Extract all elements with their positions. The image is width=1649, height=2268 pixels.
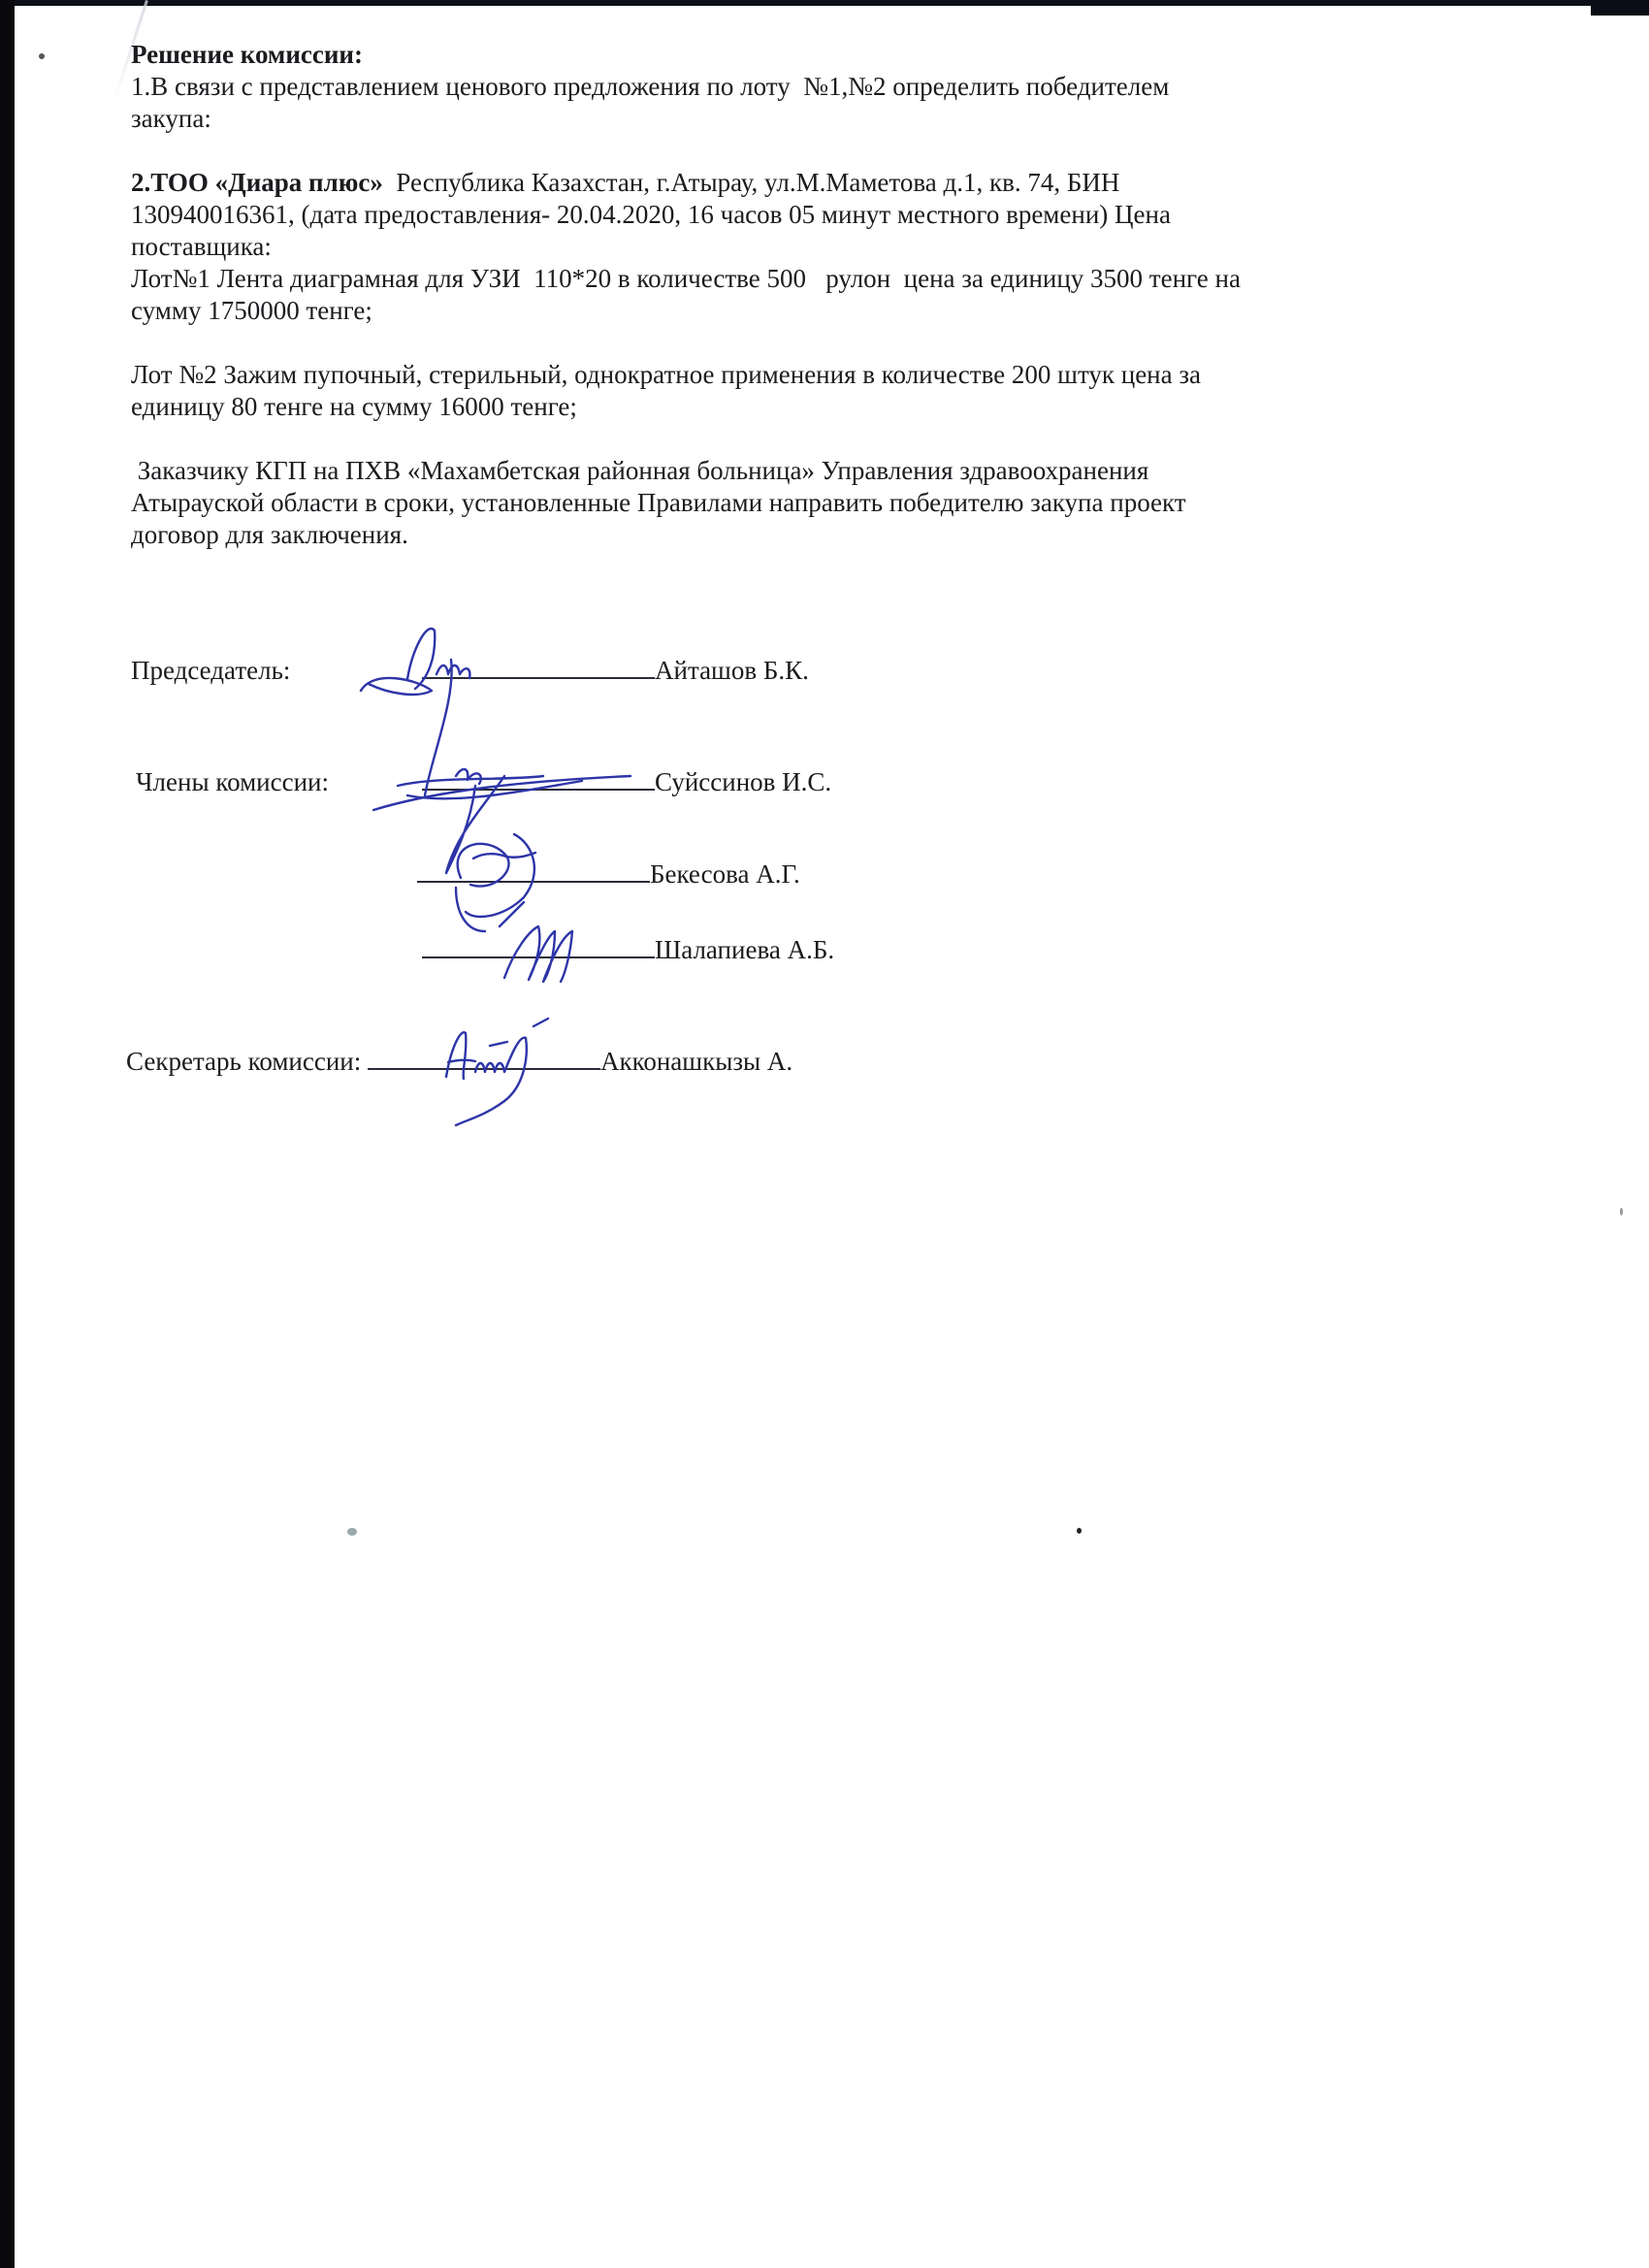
signature-line	[417, 859, 650, 883]
winner-name: 2.ТОО «Диара плюс»	[131, 168, 383, 197]
lot-2-line-2: единицу 80 тенге на сумму 16000 тенге;	[131, 391, 1528, 423]
signature-row-member-2: Бекесова А.Г.	[417, 859, 800, 891]
scan-speck	[347, 1528, 357, 1536]
signature-line	[368, 1047, 600, 1070]
signature-line	[422, 656, 655, 679]
member-2-name: Бекесова А.Г.	[650, 859, 800, 889]
secretary-role: Секретарь комиссии:	[126, 1047, 361, 1076]
customer-instruction-line-1: Заказчику КГП на ПХВ «Махамбетская район…	[131, 455, 1528, 487]
chairman-name: Айташов Б.К.	[655, 656, 809, 685]
scan-edge-top	[0, 0, 1649, 6]
customer-instruction-line-3: договор для заключения.	[131, 519, 1528, 551]
lot-1-line-2: сумму 1750000 тенге;	[131, 295, 1528, 327]
signature-row-member-1: Члены комиссии:Суйссинов И.С.	[136, 766, 831, 798]
decision-point-1-line-1: 1.В связи с представлением ценового пред…	[131, 71, 1528, 103]
member-1-name: Суйссинов И.С.	[655, 767, 831, 796]
decision-document: Решение комиссии: 1.В связи с представле…	[131, 39, 1528, 551]
secretary-name: Акконашкызы А.	[600, 1047, 792, 1076]
decision-point-1-line-2: закупа:	[131, 103, 1528, 135]
winner-line-2: 130940016361, (дата предоставления- 20.0…	[131, 199, 1528, 231]
winner-line-1: 2.ТОО «Диара плюс» Республика Казахстан,…	[131, 167, 1528, 199]
members-label: Члены комиссии:	[136, 766, 422, 798]
signature-line	[422, 767, 655, 791]
scan-corner	[1591, 0, 1649, 16]
winner-line-3: поставщика:	[131, 231, 1528, 263]
lot-2-line-1: Лот №2 Зажим пупочный, стерильный, однок…	[131, 359, 1528, 391]
scan-speck	[1077, 1528, 1082, 1534]
customer-instruction-line-2: Атырауской области в сроки, установленны…	[131, 487, 1528, 519]
signature-line	[422, 935, 655, 958]
signature-row-chairman: Председатель:Айташов Б.К.	[131, 655, 809, 687]
signature-row-member-3: Шалапиева А.Б.	[422, 934, 834, 966]
scan-edge-left	[0, 0, 15, 2268]
decision-heading: Решение комиссии:	[131, 39, 1528, 71]
chairman-role: Председатель:	[131, 655, 422, 687]
scan-speck	[1620, 1208, 1623, 1215]
winner-address: Республика Казахстан, г.Атырау, ул.М.Мам…	[383, 168, 1119, 197]
scan-speck	[39, 53, 45, 59]
member-3-name: Шалапиева А.Б.	[655, 935, 834, 964]
signature-row-secretary: Секретарь комиссии: Акконашкызы А.	[126, 1046, 792, 1078]
lot-1-line-1: Лот№1 Лента диаграмная для УЗИ 110*20 в …	[131, 263, 1528, 295]
